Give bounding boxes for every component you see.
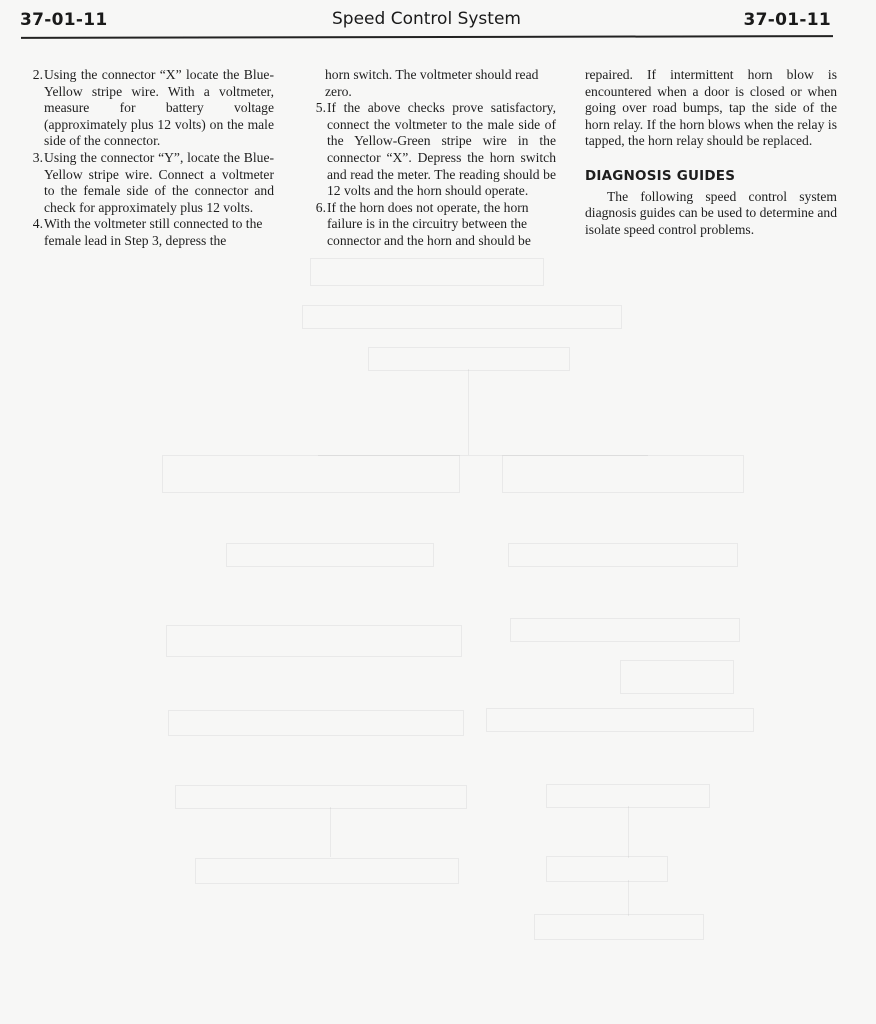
ghost-box [162, 455, 460, 493]
ghost-box [502, 455, 744, 493]
step-item: 3. Using the connector “Y”, locate the B… [20, 150, 274, 216]
step-number: 4. [20, 216, 44, 249]
step-list: 2. Using the connector “X” locate the Bl… [20, 67, 274, 250]
page-header: 37-01-11 Speed Control System 37-01-11 [20, 6, 833, 36]
ghost-box [368, 347, 570, 371]
ghost-box [546, 856, 668, 882]
step-text: Using the connector “X” locate the Blue-… [44, 67, 274, 150]
step-item: 4. With the voltmeter still connected to… [20, 216, 274, 249]
text-column-2: horn switch. The voltmeter should read z… [303, 67, 556, 250]
ghost-connector [628, 880, 629, 916]
body-paragraph: The following speed control system diagn… [585, 189, 837, 239]
step-continuation: repaired. If intermittent horn blow is e… [585, 67, 837, 150]
ghost-box [486, 708, 754, 732]
ghost-box [166, 625, 462, 657]
step-text: With the voltmeter still connected to th… [44, 216, 274, 249]
ghost-box [510, 618, 740, 642]
ghost-connector [628, 806, 629, 858]
step-item: 5. If the above checks prove satisfactor… [303, 100, 556, 200]
ghost-box [195, 858, 459, 884]
ghost-box [534, 914, 704, 940]
section-heading: DIAGNOSIS GUIDES [585, 168, 837, 185]
page-title: Speed Control System [20, 9, 833, 29]
text-column-3: repaired. If intermittent horn blow is e… [585, 67, 837, 238]
ghost-box [620, 660, 734, 694]
page-code-right: 37-01-11 [744, 10, 831, 30]
step-text: If the horn does not operate, the horn f… [327, 200, 556, 250]
step-item: 6. If the horn does not operate, the hor… [303, 200, 556, 250]
ghost-connector [468, 369, 469, 455]
step-number: 5. [303, 100, 327, 200]
ghost-connector [330, 807, 331, 857]
step-list: 5. If the above checks prove satisfactor… [303, 100, 556, 249]
header-rule [21, 35, 833, 39]
ghost-box [226, 543, 434, 567]
step-continuation: horn switch. The voltmeter should read z… [303, 67, 556, 100]
ghost-box [508, 543, 738, 567]
ghost-box [302, 305, 622, 329]
step-number: 6. [303, 200, 327, 250]
ghost-box [175, 785, 467, 809]
step-number: 2. [20, 67, 44, 150]
step-text: Using the connector “Y”, locate the Blue… [44, 150, 274, 216]
step-text: If the above checks prove satisfactory, … [327, 100, 556, 200]
text-column-1: 2. Using the connector “X” locate the Bl… [20, 67, 274, 250]
step-item: 2. Using the connector “X” locate the Bl… [20, 67, 274, 150]
step-number: 3. [20, 150, 44, 216]
ghost-box [168, 710, 464, 736]
ghost-box [546, 784, 710, 808]
ghost-box [310, 258, 544, 286]
